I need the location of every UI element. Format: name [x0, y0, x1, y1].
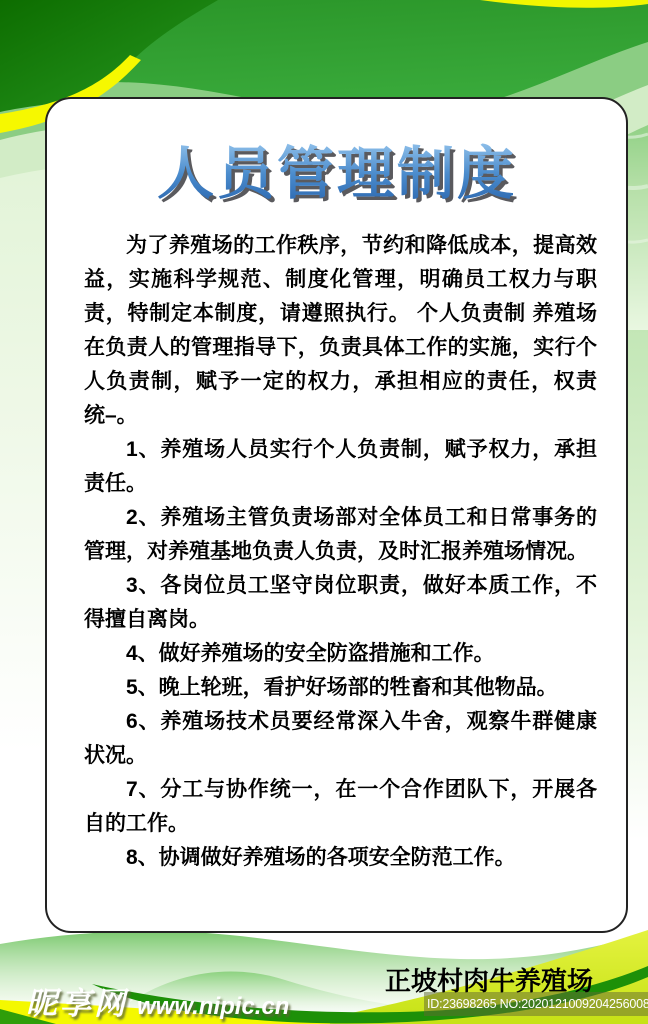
- poster-page: 人员管理制度 人员管理制度 为了养殖场的工作秩序，节约和降低成本，提高效益，实施…: [0, 0, 648, 1024]
- intro-paragraph: 为了养殖场的工作秩序，节约和降低成本，提高效益，实施科学规范、制度化管理，明确员…: [84, 229, 597, 433]
- rule-item-3: 3、各岗位员工坚守岗位职责，做好本质工作，不得擅自离岗。: [84, 569, 597, 637]
- image-id-badge: ID:23698265 NO:20201210092042560087: [424, 992, 648, 1016]
- rule-item-4: 4、做好养殖场的安全防盗措施和工作。: [84, 637, 597, 671]
- rule-item-2: 2、养殖场主管负责场部对全体员工和日常事务的管理，对养殖基地负责人负责，及时汇报…: [84, 501, 597, 569]
- page-title-text: 人员管理制度: [157, 142, 517, 206]
- site-name: 昵享网: [26, 986, 128, 1021]
- rule-item-5: 5、晚上轮班，看护好场部的牲畜和其他物品。: [84, 671, 597, 705]
- rule-item-7: 7、分工与协作统一，在一个合作团队下，开展各自的工作。: [84, 773, 597, 841]
- right-margin-strip: [628, 320, 648, 840]
- site-watermark: 昵享网www.nipic.cn: [26, 978, 289, 1023]
- rules-text-block: 为了养殖场的工作秩序，节约和降低成本，提高效益，实施科学规范、制度化管理，明确员…: [84, 229, 597, 875]
- content-panel: 人员管理制度 人员管理制度 为了养殖场的工作秩序，节约和降低成本，提高效益，实施…: [45, 97, 628, 933]
- site-url: www.nipic.cn: [137, 993, 289, 1020]
- page-title: 人员管理制度 人员管理制度: [57, 123, 617, 219]
- rule-item-1: 1、养殖场人员实行个人负责制，赋予权力，承担责任。: [84, 433, 597, 501]
- rule-item-6: 6、养殖场技术员要经常深入牛舍，观察牛群健康状况。: [84, 705, 597, 773]
- rule-item-8: 8、协调做好养殖场的各项安全防范工作。: [84, 841, 597, 875]
